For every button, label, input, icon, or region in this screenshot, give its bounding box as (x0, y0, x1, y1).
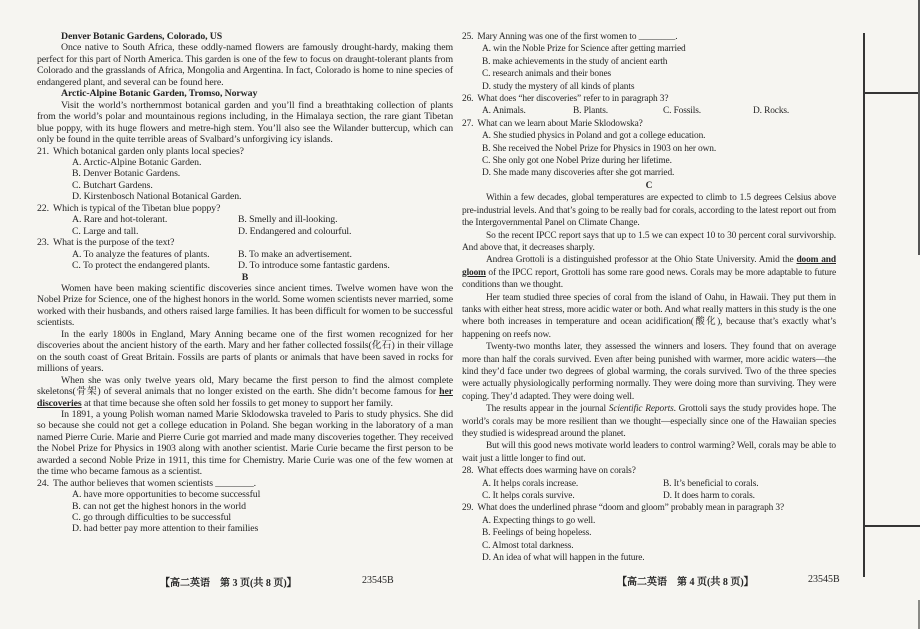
question-27-text: What can we learn about Marie Sklodowska… (477, 119, 642, 129)
q21-option-c: C. Butchart Gardens. (37, 180, 453, 191)
passage-a-heading-denver: Denver Botanic Gardens, Colorado, US (37, 31, 453, 42)
passage-b-paragraph-1: Women have been making scientific discov… (37, 283, 453, 329)
section-b-label: B (37, 272, 453, 283)
question-25-stem: 25.Mary Anning was one of the first wome… (462, 31, 836, 43)
question-27-stem: 27.What can we learn about Marie Sklodow… (462, 118, 836, 130)
q27-option-d: D. She made many discoveries after she g… (462, 167, 836, 179)
question-23-number: 23. (37, 237, 53, 248)
passage-b-paragraph-3: When she was only twelve years old, Mary… (37, 375, 453, 409)
q26-option-row: A. Animals. B. Plants. C. Fossils. D. Ro… (462, 105, 836, 117)
q28-option-b: B. It’s beneficial to corals. (663, 478, 758, 490)
q24-option-c: C. go through difficulties to be success… (37, 512, 453, 523)
page-fold-horizontal-line-bottom (864, 525, 920, 527)
q21-option-d: D. Kirstenbosch National Botanical Garde… (37, 191, 453, 202)
q23-option-a: A. To analyze the features of plants. (72, 249, 238, 260)
q21-option-b: B. Denver Botanic Gardens. (37, 168, 453, 179)
q26-option-d: D. Rocks. (753, 105, 789, 117)
question-28-text: What effects does warming have on corals… (477, 466, 635, 476)
q28-option-row-1: A. It helps corals increase. B. It’s ben… (462, 478, 836, 490)
q29-option-a: A. Expecting things to go well. (462, 515, 836, 527)
passage-a-paragraph-1: Once native to South Africa, these oddly… (37, 42, 453, 88)
question-21-text: Which botanical garden only plants local… (53, 146, 244, 157)
question-29: 29.What does the underlined phrase “doom… (462, 502, 836, 564)
page-3-footer-code: 23545B (362, 575, 394, 586)
question-28-number: 28. (462, 466, 477, 476)
question-29-stem: 29.What does the underlined phrase “doom… (462, 502, 836, 514)
q28-option-row-2: C. It helps corals survive. D. It does h… (462, 490, 836, 502)
q22-option-row-2: C. Large and tall. D. Endangered and col… (37, 226, 453, 237)
section-c-label: C (462, 180, 836, 192)
question-23-text: What is the purpose of the text? (53, 237, 174, 248)
q21-option-a: A. Arctic-Alpine Botanic Garden. (37, 157, 453, 168)
question-23: 23.What is the purpose of the text? A. T… (37, 237, 453, 271)
q28-option-a: A. It helps corals increase. (482, 478, 663, 490)
exam-scan-sheet: Denver Botanic Gardens, Colorado, US Onc… (0, 0, 920, 629)
q28-option-c: C. It helps corals survive. (482, 490, 663, 502)
q28-option-d: D. It does harm to corals. (663, 490, 755, 502)
q23-option-row-2: C. To protect the endangered plants. D. … (37, 260, 453, 271)
question-28: 28.What effects does warming have on cor… (462, 465, 836, 502)
q23-option-row-1: A. To analyze the features of plants. B.… (37, 249, 453, 260)
q22-option-d: D. Endangered and colourful. (238, 226, 351, 237)
page-4-column: 25.Mary Anning was one of the first wome… (462, 31, 836, 564)
q22-option-c: C. Large and tall. (72, 226, 238, 237)
q24-option-d: D. had better pay more attention to thei… (37, 523, 453, 534)
q27-option-c: C. She only got one Nobel Prize during h… (462, 155, 836, 167)
question-24-text: The author believes that women scientist… (53, 478, 256, 489)
question-22-number: 22. (37, 203, 53, 214)
q23-option-d: D. To introduce some fantastic gardens. (238, 260, 390, 271)
q26-option-b: B. Plants. (573, 105, 663, 117)
question-21-stem: 21.Which botanical garden only plants lo… (37, 146, 453, 157)
passage-c-paragraph-1: Within a few decades, global temperature… (462, 192, 836, 229)
q25-option-b: B. make achievements in the study of anc… (462, 56, 836, 68)
question-26-stem: 26.What does “her discoveries” refer to … (462, 93, 836, 105)
passage-a-heading-arctic: Arctic-Alpine Botanic Garden, Tromso, No… (37, 88, 453, 99)
question-24-stem: 24.The author believes that women scient… (37, 478, 453, 489)
question-25: 25.Mary Anning was one of the first wome… (462, 31, 836, 93)
passage-c-paragraph-6: The results appear in the journal Scient… (462, 403, 836, 440)
passage-c-paragraph-3: Andrea Grottoli is a distinguished profe… (462, 254, 836, 291)
question-28-stem: 28.What effects does warming have on cor… (462, 465, 836, 477)
passage-c-paragraph-2: So the recent IPCC report says that up t… (462, 230, 836, 255)
question-27-number: 27. (462, 119, 477, 129)
q27-option-a: A. She studied physics in Poland and got… (462, 130, 836, 142)
q22-option-b: B. Smelly and ill-looking. (238, 214, 337, 225)
passage-b-paragraph-4: In 1891, a young Polish woman named Mari… (37, 409, 453, 478)
passage-c-paragraph-7: But will this good news motivate world l… (462, 440, 836, 465)
question-25-text: Mary Anning was one of the first women t… (477, 32, 677, 42)
question-22: 22.Which is typical of the Tibetan blue … (37, 203, 453, 237)
q24-option-b: B. can not get the highest honors in the… (37, 501, 453, 512)
question-25-number: 25. (462, 32, 477, 42)
question-29-text: What does the underlined phrase “doom an… (477, 503, 784, 513)
question-26-number: 26. (462, 94, 477, 104)
page-fold-vertical-line (863, 33, 865, 577)
passage-b-paragraph-2: In the early 1800s in England, Mary Anni… (37, 329, 453, 375)
question-21-number: 21. (37, 146, 53, 157)
passage-c-paragraph-4: Her team studied three species of coral … (462, 292, 836, 342)
q25-option-c: C. research animals and their bones (462, 68, 836, 80)
passage-c-paragraph-5: Twenty-two months later, they assessed t… (462, 341, 836, 403)
q29-option-d: D. An idea of what will happen in the fu… (462, 552, 836, 564)
page-3-footer-label: 【高二英语 第 3 页(共 8 页)】 (160, 574, 297, 589)
q24-option-a: A. have more opportunities to become suc… (37, 489, 453, 500)
q23-option-b: B. To make an advertisement. (238, 249, 352, 260)
passage-a-paragraph-2: Visit the world’s northernmost botanical… (37, 100, 453, 146)
question-26: 26.What does “her discoveries” refer to … (462, 93, 836, 118)
q26-option-a: A. Animals. (482, 105, 573, 117)
question-22-text: Which is typical of the Tibetan blue pop… (53, 203, 220, 214)
question-26-text: What does “her discoveries” refer to in … (477, 94, 668, 104)
question-24-number: 24. (37, 478, 53, 489)
q27-option-b: B. She received the Nobel Prize for Phys… (462, 143, 836, 155)
question-27: 27.What can we learn about Marie Sklodow… (462, 118, 836, 180)
question-22-stem: 22.Which is typical of the Tibetan blue … (37, 203, 453, 214)
page-4-footer-code: 23545B (808, 574, 840, 585)
q25-option-a: A. win the Noble Prize for Science after… (462, 43, 836, 55)
question-29-number: 29. (462, 503, 477, 513)
question-23-stem: 23.What is the purpose of the text? (37, 237, 453, 248)
q26-option-c: C. Fossils. (663, 105, 753, 117)
page-3-column: Denver Botanic Gardens, Colorado, US Onc… (37, 31, 453, 535)
question-24: 24.The author believes that women scient… (37, 478, 453, 535)
page-4-footer-label: 【高二英语 第 4 页(共 8 页)】 (617, 573, 754, 588)
q23-option-c: C. To protect the endangered plants. (72, 260, 238, 271)
question-21: 21.Which botanical garden only plants lo… (37, 146, 453, 203)
q29-option-c: C. Almost total darkness. (462, 540, 836, 552)
page-fold-horizontal-line-top (864, 92, 920, 94)
q22-option-a: A. Rare and hot-tolerant. (72, 214, 238, 225)
q22-option-row-1: A. Rare and hot-tolerant. B. Smelly and … (37, 214, 453, 225)
q25-option-d: D. study the mystery of all kinds of pla… (462, 81, 836, 93)
q29-option-b: B. Feelings of being hopeless. (462, 527, 836, 539)
